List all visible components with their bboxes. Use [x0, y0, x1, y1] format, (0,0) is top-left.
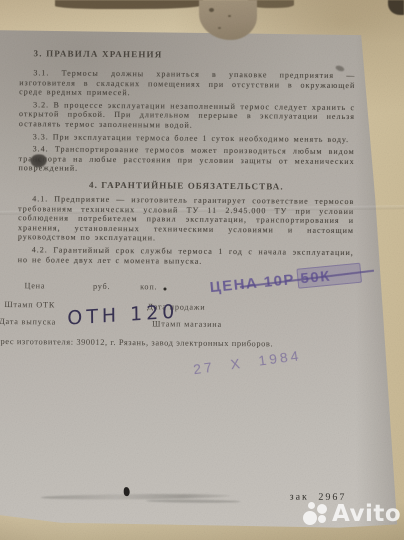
price-line: Цена руб. коп. — [24, 281, 157, 291]
avito-watermark-text: Avito — [332, 502, 401, 526]
price-ink-stamp: ЦЕНА 10Р 50К — [209, 268, 332, 297]
photo-of-warranty-document: 3. ПРАВИЛА ХРАНЕНИЯ 3.1. Термосы должны … — [0, 0, 404, 540]
paragraph-3-4: 3.4. Транспортирование термосов может пр… — [18, 144, 354, 176]
small-ink-dot — [163, 287, 166, 290]
paragraph-3-1: 3.1. Термосы должны храниться в упаковке… — [19, 68, 355, 100]
otk-stamp-label: Штамп ОТК — [4, 300, 55, 309]
issue-date-label: Дата выпуска — [0, 317, 56, 326]
avito-logo-icon — [303, 502, 329, 526]
kop-label: коп. — [140, 282, 157, 291]
paragraph-3-2: 3.2. В процессе эксплуатации незаполненн… — [19, 100, 355, 132]
date-ink-stamp: 27 X 1984 — [192, 347, 302, 377]
document-content: 3. ПРАВИЛА ХРАНЕНИЯ 3.1. Термосы должны … — [0, 0, 404, 540]
manufacturer-address: Адрес изготовителя: 390012, г. Рязань, з… — [0, 337, 273, 348]
erased-pencil-scribble-2 — [146, 499, 241, 503]
storage-rules-heading: 3. ПРАВИЛА ХРАНЕНИЯ — [33, 48, 355, 61]
paragraph-4-2: 4.2. Гарантийный срок службы термоса 1 г… — [18, 245, 354, 267]
price-label: Цена — [24, 281, 45, 290]
rub-label: руб. — [93, 282, 110, 291]
paragraph-3-3: 3.3. При эксплуатации термоса более 1 су… — [19, 132, 355, 145]
warranty-heading: 4. ГАРАНТИЙНЫЕ ОБЯЗАТЕЛЬСТВА. — [18, 179, 354, 192]
paragraph-4-1: 4.1. Предприятие — изготовитель гарантир… — [18, 194, 354, 245]
paper-hole — [124, 487, 130, 496]
document-text-block: 3. ПРАВИЛА ХРАНЕНИЯ 3.1. Термосы должны … — [18, 48, 356, 270]
avito-watermark: Avito — [303, 502, 401, 526]
